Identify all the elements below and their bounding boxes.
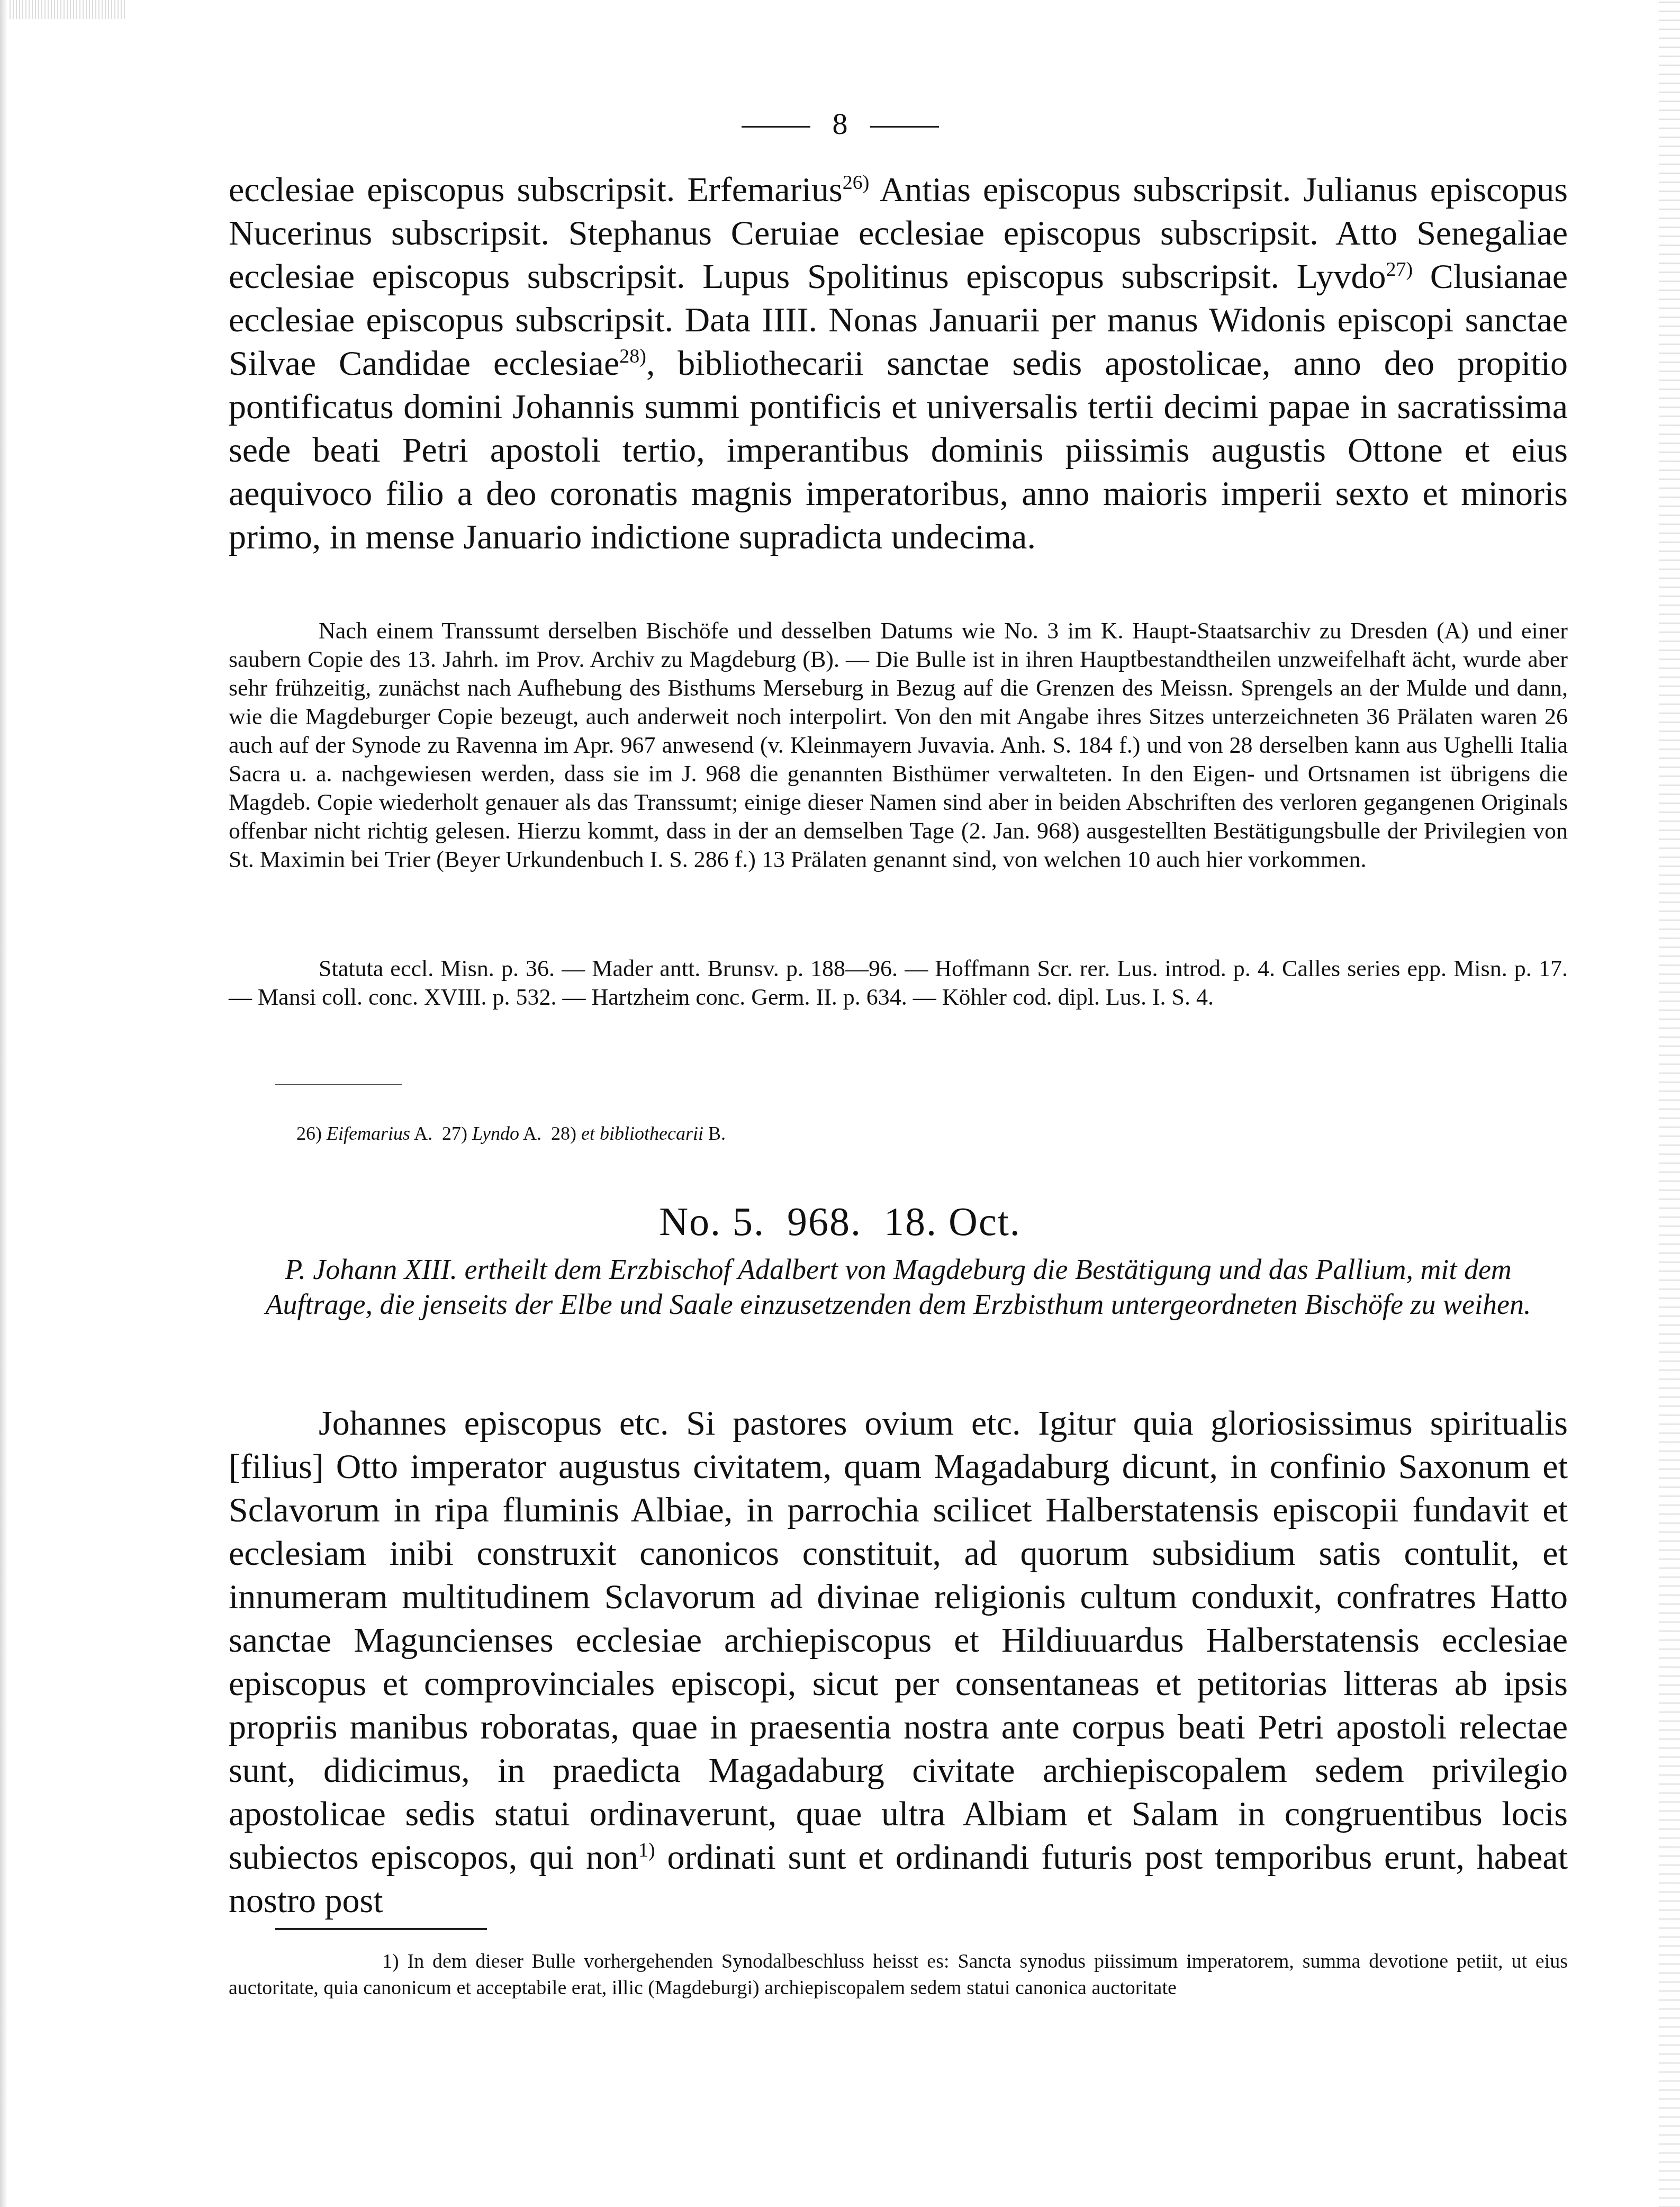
variant-text: Lyndo <box>472 1123 519 1144</box>
page-number-value: 8 <box>833 106 848 141</box>
variant-source: A. <box>523 1123 541 1144</box>
footnote: 1) In dem dieser Bulle vorhergehenden Sy… <box>229 1948 1568 2001</box>
footnote-marker: 1) <box>382 1950 399 1972</box>
variant-num: 27) <box>442 1123 467 1144</box>
footnote-ref: 28) <box>619 345 646 367</box>
scan-edge <box>0 0 7 2207</box>
editorial-note-text: Nach einem Transsumt derselben Bischöfe … <box>229 617 1568 874</box>
variant-text: et bibliothecarii <box>581 1123 703 1144</box>
scan-edge <box>1659 0 1680 2207</box>
variant-source: B. <box>708 1123 726 1144</box>
variant-num: 28) <box>551 1123 576 1144</box>
charter-text: Johannes episcopus etc. Si pastores oviu… <box>229 1402 1568 1923</box>
variant-text: Eifemarius <box>327 1123 410 1144</box>
editorial-note: Nach einem Transsumt derselben Bischöfe … <box>229 617 1568 874</box>
variant-num: 26) <box>296 1123 322 1144</box>
scanned-page: 8 ecclesiae episcopus subscripsit. Erfem… <box>0 0 1680 2207</box>
document-regest: P. Johann XIII. ertheilt dem Erzbischof … <box>229 1252 1568 1322</box>
dash-right <box>870 126 939 128</box>
footnote-paragraph: 1) In dem dieser Bulle vorhergehenden Sy… <box>229 1948 1568 2001</box>
variant-source: A. <box>414 1123 432 1144</box>
divider <box>275 1084 402 1085</box>
page-number: 8 <box>0 106 1680 141</box>
footnote-ref: 27) <box>1386 258 1413 281</box>
footnote-text: In dem dieser Bulle vorhergehenden Synod… <box>229 1950 1568 1999</box>
variant-readings: 26) Eifemarius A. 27) Lyndo A. 28) et bi… <box>296 1122 726 1145</box>
document-heading: No. 5. 968. 18. Oct. <box>0 1199 1680 1245</box>
text-run: Johannes episcopus etc. Si pastores oviu… <box>229 1404 1568 1877</box>
footnote-ref: 26) <box>843 172 870 194</box>
footnote-divider <box>275 1928 487 1930</box>
dash-left <box>742 126 810 128</box>
footnote-ref: 1) <box>638 1839 655 1861</box>
charter-paragraph: Johannes episcopus etc. Si pastores oviu… <box>229 1402 1568 1923</box>
text-run: ecclesiae episcopus subscripsit. Erfemar… <box>229 170 843 209</box>
references-text: Statuta eccl. Misn. p. 36. — Mader antt.… <box>229 954 1568 1012</box>
scan-artifact <box>0 0 127 19</box>
references: Statuta eccl. Misn. p. 36. — Mader antt.… <box>229 954 1568 1012</box>
continued-charter-text: ecclesiae episcopus subscripsit. Erfemar… <box>229 168 1568 559</box>
